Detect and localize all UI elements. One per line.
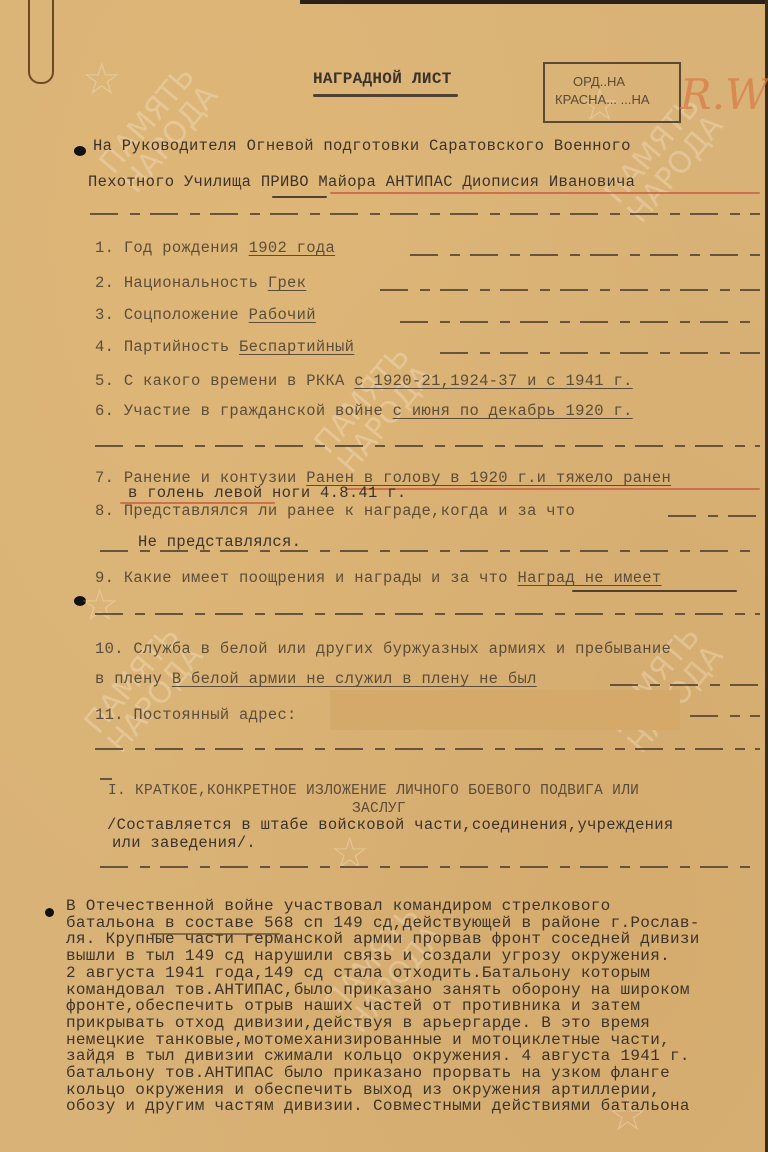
party-value: Беспартийный (239, 338, 354, 356)
dashed-rule (95, 445, 760, 447)
star-watermark-icon: ☆ (80, 580, 119, 631)
dashed-rule (95, 613, 760, 615)
social-status-value: Рабочий (249, 306, 316, 324)
field-social-status: 3. Соцположение Рабочий (95, 306, 316, 324)
dashed-rule (410, 254, 760, 256)
stamp: ОРД..НА КРАСНА... ...НА (543, 62, 681, 123)
field-awards: 9. Какие имеет поощрения и награды и за … (95, 569, 662, 587)
field-white-army: 10. Служба в белой или других буржуазных… (95, 640, 671, 658)
title-underline (313, 94, 458, 97)
pencil-underline (150, 933, 280, 935)
field-nationality: 2. Национальность Грек (95, 274, 306, 292)
field-red-army-service: 5. С какого времени в РККА с 1920-21,192… (95, 372, 633, 390)
pencil-mark: R.W6 (680, 70, 768, 119)
red-army-value: с 1920-21,1924-37 и с 1941 г. (354, 372, 632, 390)
field-white-army-cont: в плену В белой армии не служил в плену … (95, 670, 537, 688)
awards-value: Наград не имеет (517, 569, 661, 587)
award-sheet-page: ☆ ПАМЯТЬ НАРОДА ☆ ПАМЯТЬ НАРОДА ПАМЯТЬ Н… (0, 0, 768, 1152)
dashed-rule (668, 515, 760, 517)
birth-year-value: 1902 года (249, 239, 335, 257)
field-birth-year: 1. Год рождения 1902 года (95, 239, 335, 257)
section-note: /Составляется в штабе войсковой части,со… (107, 816, 674, 834)
star-watermark-icon: ☆ (330, 828, 369, 879)
section-title-line2: ЗАСЛУГ (352, 801, 406, 817)
stamp-line2: КРАСНА... ...НА (555, 92, 650, 107)
dashed-rule (380, 289, 760, 291)
dashed-rule (440, 352, 760, 354)
punch-hole (74, 146, 86, 156)
nominee-line1: На Руководителя Огневой подготовки Сарат… (93, 137, 631, 155)
section-title: I. КРАТКОЕ,КОНКРЕТНОЕ ИЗЛОЖЕНИЕ ЛИЧНОГО … (108, 783, 639, 799)
white-army-value: В белой армии не служил в плену не был (172, 670, 537, 688)
nationality-value: Грек (268, 274, 306, 292)
narrative: В Отечественной войне участвовал команди… (66, 898, 700, 1115)
paperclip-icon (28, 0, 54, 84)
underline-mark (272, 196, 327, 198)
civil-war-value: с июня по декабрь 1920 г. (393, 402, 633, 420)
red-underline (330, 192, 760, 194)
dashed-rule (100, 550, 760, 552)
field-party: 4. Партийность Беспартийный (95, 338, 354, 356)
underline-mark (572, 590, 737, 592)
punch-hole (45, 908, 54, 917)
nominee-line2: Пехотного Училища ПРИВО Майора АНТИПАС Д… (88, 173, 635, 191)
stamp-line1: ОРД..НА (573, 74, 625, 89)
dashed-rule (690, 715, 760, 717)
red-underline (345, 488, 760, 490)
section-note-line2: или заведения/. (112, 834, 256, 852)
dashed-rule (610, 684, 760, 686)
dashed-rule (100, 778, 112, 780)
scan-edge (300, 0, 768, 4)
wounds-value-line2: в голень левой ноги 4.8.41 г. (128, 484, 406, 502)
prior-nomination-value: Не представлялся. (138, 533, 301, 551)
field-prior-awards-nomination: 8. Представлялся ли ранее к награде,когд… (95, 502, 575, 520)
dashed-rule (90, 213, 760, 215)
document-title: НАГРАДНОЙ ЛИСТ (313, 70, 452, 88)
redacted-address (330, 690, 680, 730)
star-watermark-icon: ☆ (82, 54, 121, 105)
field-address: 11. Постоянный адрес: (95, 706, 297, 724)
dashed-rule (100, 866, 760, 868)
field-civil-war: 6. Участие в гражданской войне с июня по… (95, 402, 633, 420)
dashed-rule (400, 321, 760, 323)
dashed-rule (95, 748, 760, 750)
